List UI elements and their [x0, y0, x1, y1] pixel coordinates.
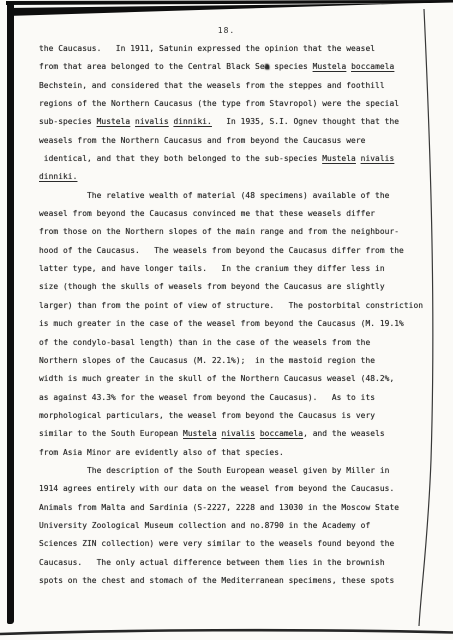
text-line: University Zoological Museum collection … [39, 517, 431, 535]
text-line: from Asia Minor are evidently also of th… [39, 444, 431, 462]
text-line: regions of the Northern Caucasus (the ty… [39, 95, 431, 113]
text-line: weasels from the Northern Caucasus and f… [39, 132, 431, 150]
text-line: dinniki. [39, 168, 431, 186]
text-line: size (though the skulls of weasels from … [39, 278, 431, 296]
text-line: latter type, and have longer tails. In t… [39, 260, 431, 278]
page-body-text: the Caucasus. In 1911, Satunin expressed… [39, 40, 431, 590]
text-line: from that area belonged to the Central B… [39, 58, 431, 76]
text-line: sub-species Mustela nivalis dinniki. In … [39, 113, 431, 131]
text-line: similar to the South European Mustela ni… [39, 425, 431, 443]
text-line: The relative wealth of material (48 spec… [39, 187, 431, 205]
top-edge-line [6, 0, 453, 5]
text-line: from those on the Northern slopes of the… [39, 223, 431, 241]
text-line: 1914 agrees entirely with our data on th… [39, 480, 431, 498]
text-line: as against 43.3% for the weasel from bey… [39, 389, 431, 407]
text-line: spots on the chest and stomach of the Me… [39, 572, 431, 590]
scanned-page: 18. the Caucasus. In 1911, Satunin expre… [0, 0, 453, 640]
text-line: of the condylo-basal length) than in the… [39, 334, 431, 352]
text-line: identical, and that they both belonged t… [39, 150, 431, 168]
text-line: Caucasus. The only actual difference bet… [39, 554, 431, 572]
page-number: 18. [0, 26, 453, 35]
left-edge-bar [7, 2, 14, 624]
text-line: width is much greater in the skull of th… [39, 370, 431, 388]
text-line: larger) than from the point of view of s… [39, 297, 431, 315]
text-line: Bechstein, and considered that the wease… [39, 77, 431, 95]
text-line: Animals from Malta and Sardinia (S-2227,… [39, 499, 431, 517]
text-line: is much greater in the case of the wease… [39, 315, 431, 333]
text-line: The description of the South European we… [39, 462, 431, 480]
text-line: the Caucasus. In 1911, Satunin expressed… [39, 40, 431, 58]
text-line: Northern slopes of the Caucasus (M. 22.1… [39, 352, 431, 370]
text-line: morphological particulars, the weasel fr… [39, 407, 431, 425]
top-wedge [7, 3, 424, 16]
text-line: Sciences ZIN collection) were very simil… [39, 535, 431, 553]
text-line: hood of the Caucasus. The weasels from b… [39, 242, 431, 260]
bottom-rule [0, 630, 453, 634]
text-line: weasel from beyond the Caucasus convince… [39, 205, 431, 223]
